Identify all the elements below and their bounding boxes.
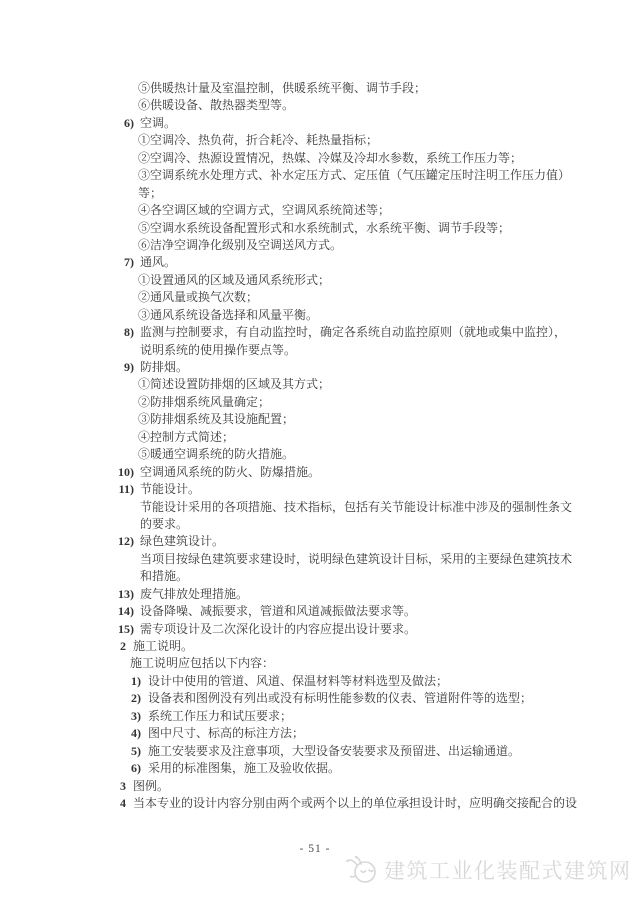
item-number: 1) (131, 673, 143, 690)
doc-line: ⑤暖通空调系统的防火措施。 (0, 446, 640, 463)
watermark-mascot-icon (345, 854, 381, 886)
item-text: ②防排烟系统风量确定； (138, 395, 270, 409)
item-text: ③通风系统设备选择和风量平衡。 (138, 308, 318, 322)
item-text: ⑥供暖设备、散热器类型等。 (138, 98, 294, 112)
item-text: 的要求。 (140, 517, 188, 531)
item-number: 7) (98, 254, 134, 271)
doc-line: ②通风量或换气次数； (0, 289, 640, 306)
item-number: 8) (98, 324, 134, 341)
item-text: ⑥洁净空调净化级别及空调送风方式。 (138, 238, 342, 252)
doc-line: 说明系统的使用操作要点等。 (0, 342, 640, 359)
doc-line: ②空调冷、热源设置情况，热媒、冷媒及冷却水参数，系统工作压力等； (0, 150, 640, 167)
doc-line: 6)采用的标准图集，施工及验收依据。 (0, 760, 640, 777)
doc-line: 5)施工安装要求及注意事项，大型设备安装要求及预留进、出运输通道。 (0, 743, 640, 760)
item-number: 12) (98, 533, 134, 550)
doc-line: 7)通风。 (0, 254, 640, 271)
item-text: 设备表和图例没有列出或没有标明性能参数的仪表、管道附件等的选型； (148, 691, 532, 705)
item-text: ④控制方式简述； (138, 430, 234, 444)
doc-line: 8)监测与控制要求，有自动监控时，确定各系统自动监控原则（就地或集中监控）， (0, 324, 640, 341)
item-text: ③防排烟系统及其设施配置； (138, 412, 294, 426)
doc-line: 节能设计采用的各项措施、技术指标，包括有关节能设计标准中涉及的强制性条文 (0, 499, 640, 516)
item-text: ⑤空调水系统设备配置形式和水系统制式，水系统平衡、调节手段等； (138, 221, 510, 235)
watermark: 建筑工业化装配式建筑网 (345, 854, 632, 886)
item-number: 6) (98, 115, 134, 132)
doc-line: 4当本专业的设计内容分别由两个或两个以上的单位承担设计时，应明确交接配合的设 (0, 795, 640, 812)
item-number: 4) (131, 725, 143, 742)
item-text: ②通风量或换气次数； (138, 290, 258, 304)
item-text: 系统工作压力和试压要求； (148, 709, 292, 723)
doc-line: 3图例。 (0, 778, 640, 795)
item-text: ④各空调区域的空调方式，空调风系统简述等； (138, 203, 390, 217)
item-text: 施工说明应包括以下内容： (130, 656, 274, 670)
doc-line: 2)设备表和图例没有列出或没有标明性能参数的仪表、管道附件等的选型； (0, 690, 640, 707)
doc-line: 施工说明应包括以下内容： (0, 655, 640, 672)
doc-line: ①设置通风的区域及通风系统形式； (0, 272, 640, 289)
item-text: 设备降噪、减振要求，管道和风道减振做法要求等。 (140, 604, 416, 618)
item-text: 废气排放处理措施。 (140, 587, 248, 601)
doc-line: ⑤供暖热计量及室温控制，供暖系统平衡、调节手段； (0, 80, 640, 97)
doc-line: 2施工说明。 (0, 638, 640, 655)
document-body: ⑤供暖热计量及室温控制，供暖系统平衡、调节手段；⑥供暖设备、散热器类型等。6)空… (0, 80, 640, 812)
doc-line: 15)需专项设计及二次深化设计的内容应提出设计要求。 (0, 621, 640, 638)
item-text: 节能设计采用的各项措施、技术指标，包括有关节能设计标准中涉及的强制性条文 (140, 500, 572, 514)
item-text: ②空调冷、热源设置情况，热媒、冷媒及冷却水参数，系统工作压力等； (138, 151, 522, 165)
doc-line: ③通风系统设备选择和风量平衡。 (0, 307, 640, 324)
item-text: 图中尺寸、标高的标注方法； (148, 726, 304, 740)
item-text: 监测与控制要求，有自动监控时，确定各系统自动监控原则（就地或集中监控）， (140, 325, 566, 339)
item-text: 空调。 (140, 116, 176, 130)
doc-line: ⑥洁净空调净化级别及空调送风方式。 (0, 237, 640, 254)
item-number: 11) (98, 481, 134, 498)
doc-line: ①空调冷、热负荷，折合耗冷、耗热量指标； (0, 132, 640, 149)
doc-line: 4)图中尺寸、标高的标注方法； (0, 725, 640, 742)
item-text: 图例。 (133, 779, 169, 793)
item-number: 13) (98, 586, 134, 603)
item-text: 施工说明。 (133, 639, 193, 653)
doc-line: ⑤空调水系统设备配置形式和水系统制式，水系统平衡、调节手段等； (0, 220, 640, 237)
doc-line: ③空调系统水处理方式、补水定压方式、定压值（气压罐定压时注明工作压力值） (0, 167, 640, 184)
item-text: 设计中使用的管道、风道、保温材料等材料选型及做法； (148, 674, 448, 688)
item-text: 空调通风系统的防火、防爆措施。 (140, 465, 320, 479)
item-number: 6) (131, 760, 143, 777)
item-number: 9) (98, 359, 134, 376)
item-text: 节能设计。 (140, 482, 200, 496)
item-number: 3) (131, 708, 143, 725)
item-text: 防排烟。 (140, 360, 188, 374)
doc-line: 9)防排烟。 (0, 359, 640, 376)
doc-line: 13)废气排放处理措施。 (0, 586, 640, 603)
doc-line: 的要求。 (0, 516, 640, 533)
doc-line: 3)系统工作压力和试压要求； (0, 708, 640, 725)
item-number: 15) (98, 621, 134, 638)
item-text: 等； (138, 186, 162, 200)
item-text: ⑤暖通空调系统的防火措施。 (138, 447, 294, 461)
item-text: 采用的标准图集，施工及验收依据。 (148, 761, 340, 775)
item-number: 3 (120, 778, 127, 795)
doc-line: ①简述设置防排烟的区域及其方式； (0, 376, 640, 393)
doc-line: 6)空调。 (0, 115, 640, 132)
item-text: 当本专业的设计内容分别由两个或两个以上的单位承担设计时，应明确交接配合的设 (133, 796, 577, 810)
watermark-text: 建筑工业化装配式建筑网 (384, 855, 632, 885)
doc-line: ③防排烟系统及其设施配置； (0, 411, 640, 428)
item-text: 施工安装要求及注意事项，大型设备安装要求及预留进、出运输通道。 (148, 744, 520, 758)
doc-line: 1)设计中使用的管道、风道、保温材料等材料选型及做法； (0, 673, 640, 690)
item-number: 14) (98, 603, 134, 620)
item-number: 4 (120, 795, 127, 812)
item-text: 通风。 (140, 255, 176, 269)
doc-line: ⑥供暖设备、散热器类型等。 (0, 97, 640, 114)
item-text: ①简述设置防排烟的区域及其方式； (138, 377, 330, 391)
doc-line: 等； (0, 185, 640, 202)
doc-line: ④控制方式简述； (0, 429, 640, 446)
item-number: 2 (120, 638, 127, 655)
item-number: 10) (98, 464, 134, 481)
doc-line: ④各空调区域的空调方式，空调风系统简述等； (0, 202, 640, 219)
item-text: 需专项设计及二次深化设计的内容应提出设计要求。 (140, 622, 416, 636)
doc-line: 当项目按绿色建筑要求建设时，说明绿色建筑设计目标，采用的主要绿色建筑技术 (0, 551, 640, 568)
doc-line: 14)设备降噪、减振要求，管道和风道减振做法要求等。 (0, 603, 640, 620)
doc-line: 10)空调通风系统的防火、防爆措施。 (0, 464, 640, 481)
item-text: 绿色建筑设计。 (140, 534, 224, 548)
doc-line: 11)节能设计。 (0, 481, 640, 498)
item-text: 说明系统的使用操作要点等。 (140, 343, 296, 357)
doc-line: ②防排烟系统风量确定； (0, 394, 640, 411)
item-text: ①设置通风的区域及通风系统形式； (138, 273, 330, 287)
item-text: 当项目按绿色建筑要求建设时，说明绿色建筑设计目标，采用的主要绿色建筑技术 (140, 552, 572, 566)
item-text: ①空调冷、热负荷，折合耗冷、耗热量指标； (138, 133, 378, 147)
item-number: 5) (131, 743, 143, 760)
doc-line: 12)绿色建筑设计。 (0, 533, 640, 550)
document-page: ⑤供暖热计量及室温控制，供暖系统平衡、调节手段；⑥供暖设备、散热器类型等。6)空… (0, 0, 640, 905)
item-number: 2) (131, 690, 143, 707)
item-text: 和措施。 (140, 569, 188, 583)
item-text: ⑤供暖热计量及室温控制，供暖系统平衡、调节手段； (138, 81, 426, 95)
doc-line: 和措施。 (0, 568, 640, 585)
item-text: ③空调系统水处理方式、补水定压方式、定压值（气压罐定压时注明工作压力值） (138, 168, 570, 182)
